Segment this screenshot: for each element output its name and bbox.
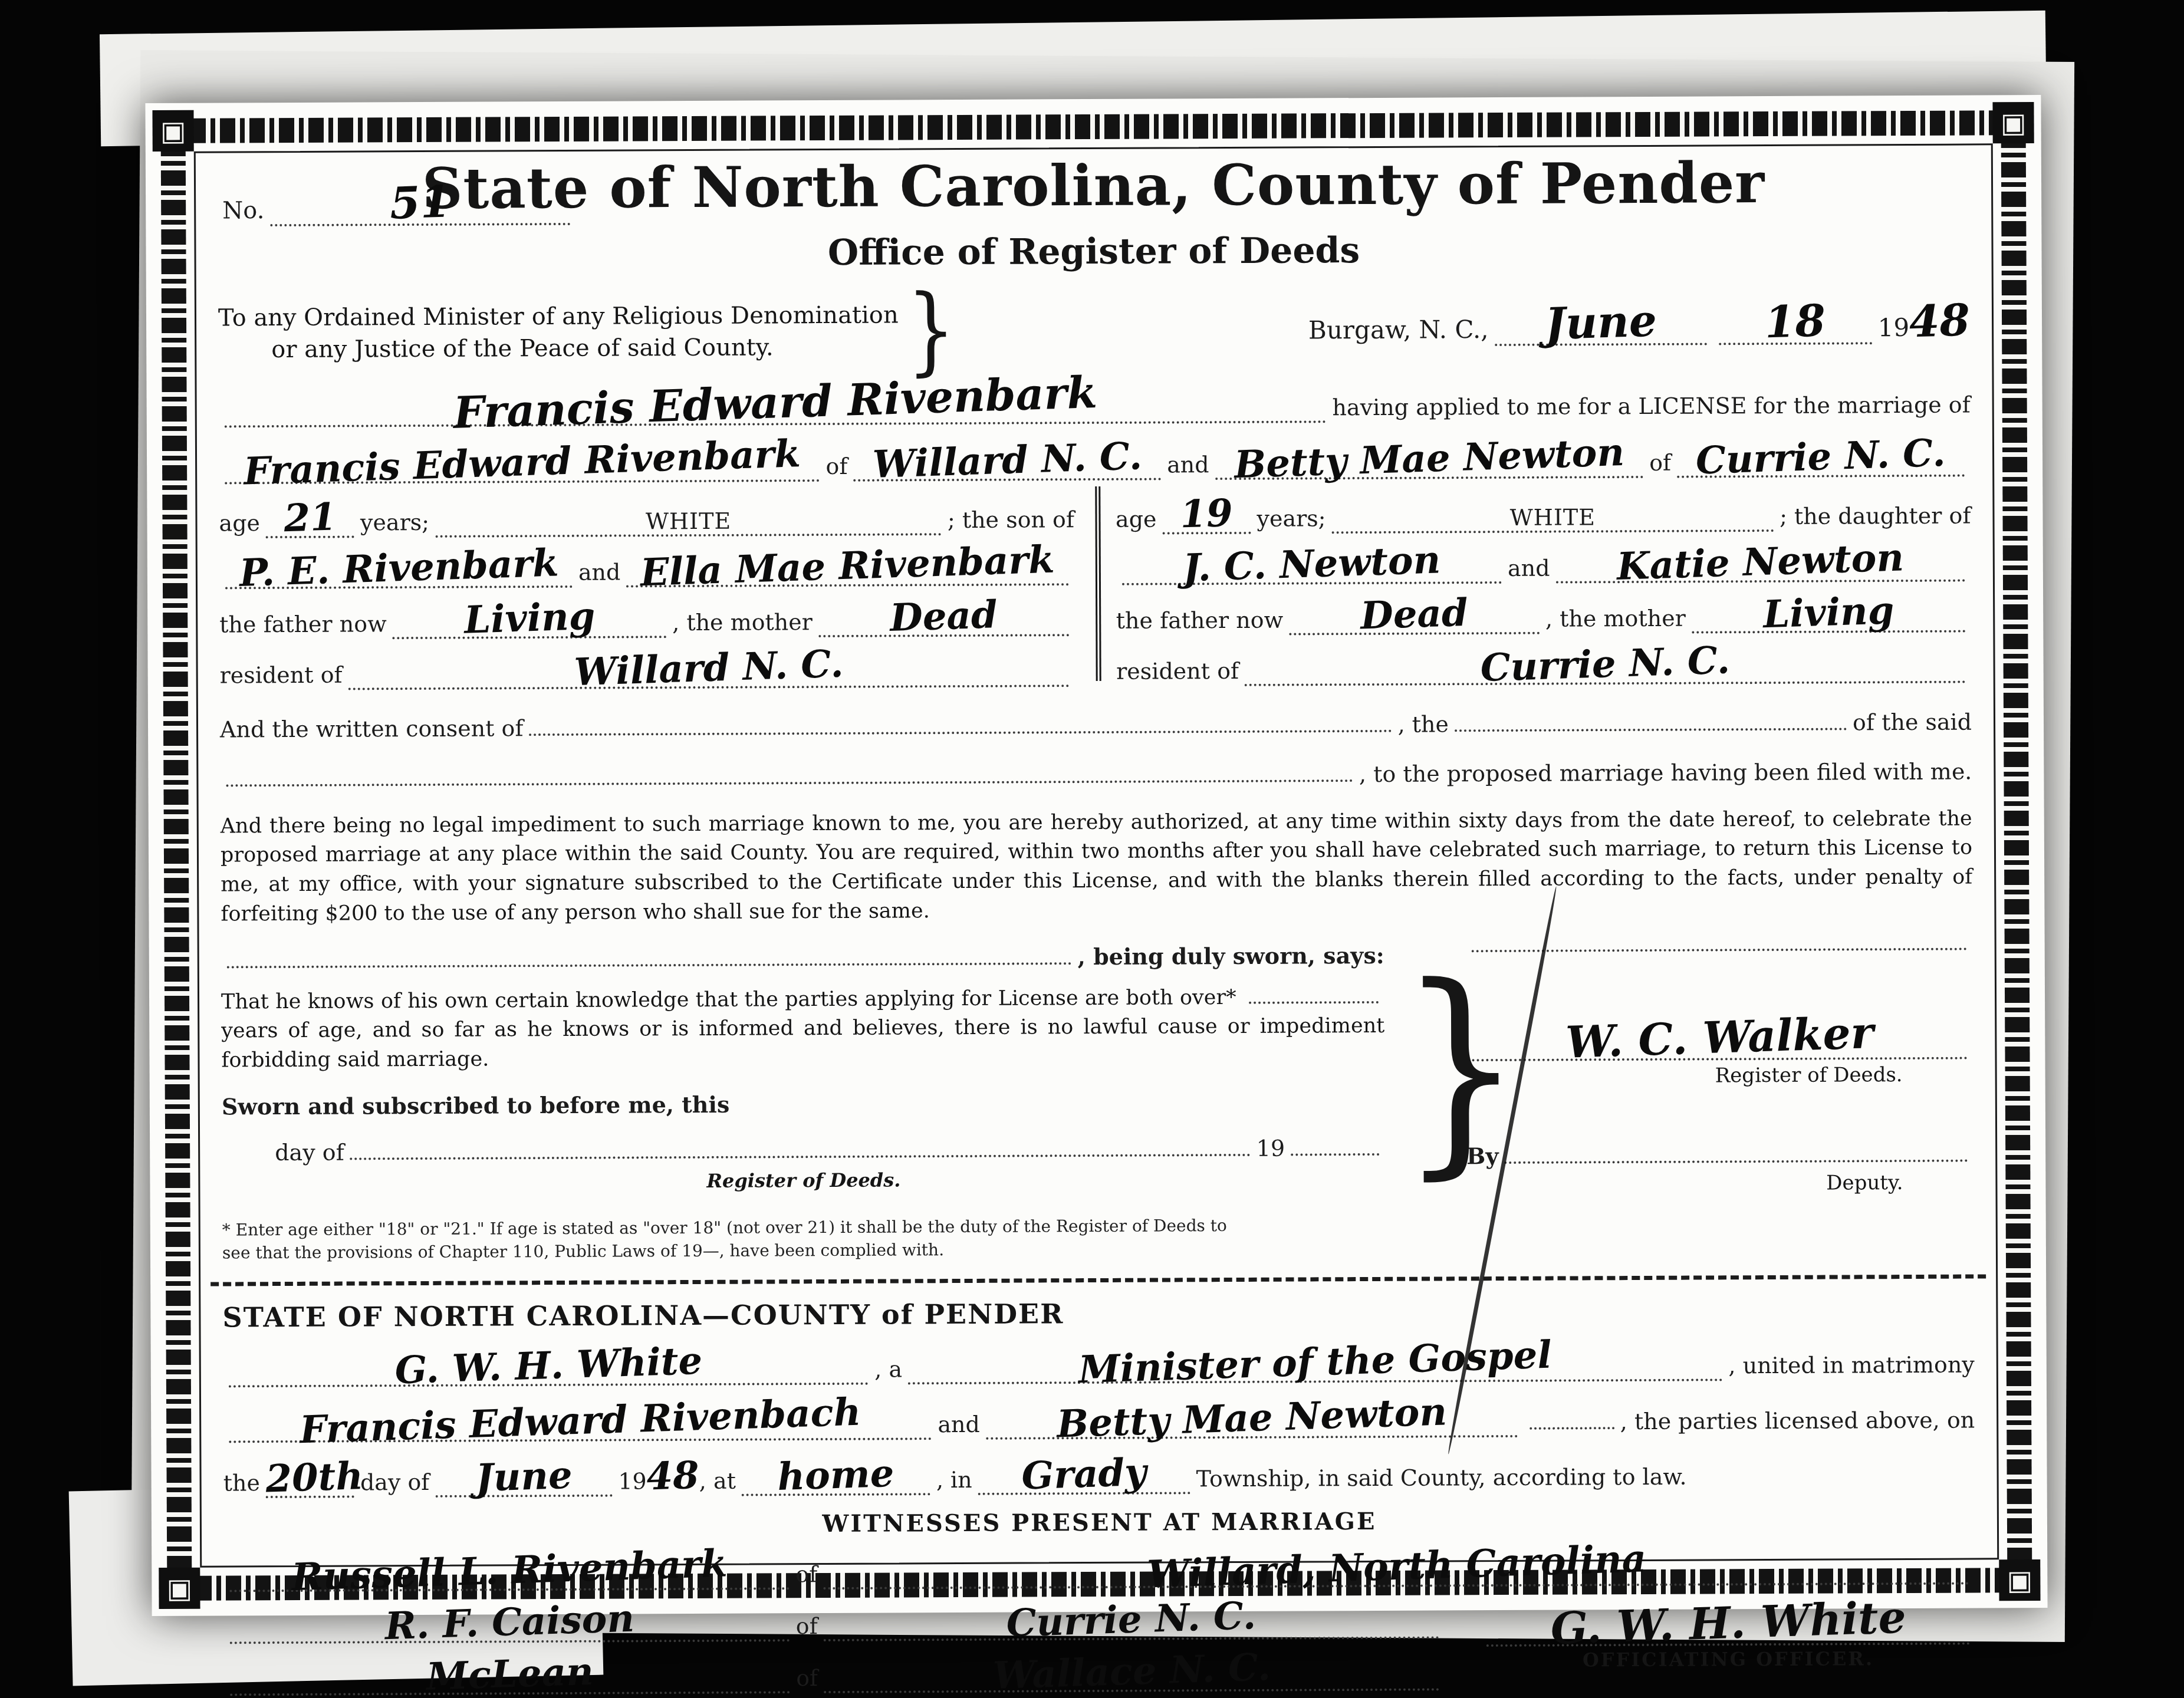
cert-blank-field [1530,1427,1614,1430]
consent-the-label: , the [1398,711,1449,737]
bride-column: age 19 years; WHITE ; the daughter of J.… [1116,480,1972,686]
deputy-label: Deputy. [1466,1170,1974,1196]
and-label: and [578,559,621,585]
age-label: age [219,510,260,536]
dateline: Burgaw, N. C., June 18 1948 [963,305,1970,348]
handwritten-marriage-day: 20th [265,1462,364,1493]
handwritten-witness-2-place: Currie N. C. [1006,1602,1257,1638]
handwritten-bride-name: Betty Mae Newton [1234,439,1624,479]
years-label: years; [1257,505,1325,532]
consent-name-field [529,730,1392,736]
border-top [161,110,2026,143]
dateline-day-field: 18 [1719,305,1872,345]
officiant-signature-field: G. W. H. White [1486,1606,1970,1647]
handwritten-witness-2-name: R. F. Caison [384,1604,635,1641]
in-label: , in [936,1467,972,1493]
affiant-field [227,962,1072,968]
consent-prefix: And the written consent of [220,715,524,742]
day-of-label: day of [360,1469,430,1496]
age-label: age [1116,506,1157,532]
sworn-date-row: day of 19 [222,1134,1385,1166]
consent-relation-field [1455,728,1847,732]
register-of-deeds-italic-label: Register of Deeds. [222,1166,1385,1194]
handwritten-marriage-year: 48 [646,1462,700,1492]
border-corner-ornament: ▣ [1992,102,2034,143]
handwritten-officiant-signature: G. W. H. White [1550,1601,1906,1646]
handwritten-groom-father: P. E. Rivenbark [239,549,559,587]
sworn-right-column: W. C. Walker Register of Deeds. By Deput… [1466,939,1974,1196]
border-corner-ornament: ▣ [152,110,193,152]
of-label: of [795,1561,817,1587]
bride-resident-row: resident of Currie N. C. [1116,649,1972,686]
of-label: of [1649,449,1671,475]
handwritten-year: 48 [1909,304,1971,339]
mother-label: , the mother [1545,605,1686,631]
dateline-year-prefix: 19 [1878,313,1910,342]
daughter-of-label: ; the daughter of [1780,502,1971,529]
sworn-month-field [350,1153,1251,1160]
scan-background: { "page": { "no_label": "No.", "no_value… [0,0,2184,1698]
handwritten-cert-bride: Betty Mae Newton [1056,1398,1447,1439]
sworn-before-row: Sworn and subscribed to before me, this [222,1088,1385,1120]
cert-bride-field: Betty Mae Newton [986,1403,1518,1440]
handwritten-day: 18 [1764,305,1826,340]
handwritten-bride-mother-status: Living [1762,597,1894,629]
resident-of-label: resident of [1116,658,1239,685]
handwritten-bride-father-status: Dead [1360,598,1469,630]
page-subtitle: Office of Register of Deeds [218,227,1969,276]
minister-name-field: G. W. H. White [229,1351,869,1388]
handwritten-bride-residence: Currie N. C. [1696,439,1946,476]
border-corner-ornament: ▣ [1999,1559,2040,1601]
handwritten-bride-father: J. C. Newton [1182,546,1441,583]
and-label: and [938,1411,980,1437]
register-of-deeds-label: Register of Deeds. [1466,1062,1974,1088]
handwritten-groom-name: Francis Edward Rivenbark [244,440,801,486]
dateline-month-field: June [1495,306,1707,346]
addressee-line-2: or any Justice of the Peace of said Coun… [218,331,899,366]
bride-name-field: Betty Mae Newton [1215,444,1643,480]
groom-race-field: WHITE [435,507,942,538]
certificate-content: No. 51 State of North Carolina, County o… [218,150,1975,1562]
bride-age-row: age 19 years; WHITE ; the daughter of [1116,496,1971,534]
groom-resident-row: resident of Willard N. C. [220,653,1075,690]
bride-race-field: WHITE [1331,504,1774,534]
handwritten-groom-mother-status: Dead [889,601,998,633]
sworn-brace: } [1399,968,1452,1170]
document-header: No. 51 State of North Carolina, County o… [218,153,1970,277]
minister-row: G. W. H. White , a Minister of the Gospe… [223,1345,1975,1387]
bride-parent-status-row: the father now Dead , the mother Living [1116,598,1972,636]
at-label: , at [699,1468,736,1494]
sworn-before-text: Sworn and subscribed to before me, this [222,1091,730,1120]
sworn-statement-line3: forbidding said marriage. [221,1047,489,1072]
register-signature-field: W. C. Walker [1472,1021,1967,1061]
bride-father-field: J. C. Newton [1121,549,1502,585]
witness-3-name-field: McLean [230,1659,790,1696]
handwritten-groom-resident: Willard N. C. [574,650,844,687]
township-field: Grady [978,1460,1190,1495]
witness-row: Russell L. Rivenbark of Willard, North C… [223,1550,1975,1592]
sworn-statement-line1: That he knows of his own certain knowled… [221,985,1236,1013]
border-corner-ornament: ▣ [159,1568,200,1609]
handwritten-license-number: 51 [389,186,451,221]
years-label: years; [360,509,429,536]
handwritten-bride-resident: Currie N. C. [1480,646,1731,683]
bride-parents-row: J. C. Newton and Katie Newton [1116,547,1971,585]
consent-blank-field [226,779,1353,787]
groom-age-row: age 21 years; WHITE ; the son of [219,501,1074,538]
resident-of-label: resident of [220,662,343,688]
witness-2-name-field: R. F. Caison [230,1607,790,1644]
united-label: , united in matrimony [1728,1351,1974,1378]
cert-groom-field: Francis Edward Rivenbach [229,1406,932,1443]
son-of-label: ; the son of [948,506,1074,533]
groom-age-field: 21 [266,504,354,538]
groom-race: WHITE [646,508,731,534]
witness-1-place-field: Willard, North Carolina [823,1550,1969,1589]
license-number-field: 51 [270,186,570,226]
a-label: , a [874,1356,902,1382]
marriage-day-field: 20th [266,1463,354,1498]
the-label: the [223,1470,260,1496]
parents-status-columns: age 21 years; WHITE ; the son of P. E. R… [219,480,1971,690]
border-right [2001,110,2032,1592]
handwritten-minister-title: Minister of the Gospel [1078,1341,1553,1384]
consent-row-1: And the written consent of , the of the … [220,709,1972,742]
sworn-left-column: , being duly sworn, says: That he knows … [221,942,1386,1202]
handwritten-witness-1-place: Willard, North Carolina [1146,1545,1646,1589]
witness-1-name-field: Russell L. Rivenbark [229,1555,790,1592]
handwritten-witness-1-name: Russell L. Rivenbark [291,1549,728,1592]
marriage-date-row: the 20th day of June 1948 , at home , in… [223,1456,1975,1498]
parties-row: Francis Edward Rivenbark of Willard N. C… [219,442,1971,484]
bride-father-status-field: Dead [1289,600,1540,635]
addressee-block: To any Ordained Minister of any Religiou… [218,299,899,366]
certificate-section-heading: STATE OF NORTH CAROLINA—COUNTY of PENDER [222,1294,1974,1333]
sworn-statement-line2: years of age, and so far as he knows or … [221,1014,1384,1043]
handwritten-groom-residence: Willard N. C. [872,442,1142,479]
groom-resident-field: Willard N. C. [348,653,1069,690]
groom-column: age 21 years; WHITE ; the son of P. E. R… [219,484,1075,690]
addressee-row: To any Ordained Minister of any Religiou… [218,294,1970,366]
dateline-place: Burgaw, N. C., [1308,315,1489,344]
bride-resident-field: Currie N. C. [1245,649,1966,686]
handwritten-minister-name: G. W. H. White [394,1347,703,1386]
handwritten-bride-mother: Katie Newton [1616,544,1904,581]
handwritten-marriage-place: home [777,1460,894,1492]
groom-residence-field: Willard N. C. [853,446,1161,481]
marriage-month-field: June [435,1462,612,1497]
consent-row-2: , to the proposed marriage having been f… [220,758,1972,792]
handwritten-cert-groom: Francis Edward Rivenbach [300,1398,861,1444]
sworn-section: , being duly sworn, says: That he knows … [221,939,1974,1202]
handwritten-witness-3-name: McLean [426,1658,594,1692]
bride-mother-status-field: Living [1692,598,1966,633]
and-label: and [1167,452,1209,478]
license-number-line: No. 51 [222,186,576,227]
handwritten-register-signature: W. C. Walker [1565,1016,1874,1059]
groom-mother-status-field: Dead [818,602,1069,637]
register-signature-row: W. C. Walker [1466,1021,1973,1061]
duly-sworn-row: , being duly sworn, says: [221,942,1384,973]
handwritten-groom-age: 21 [284,503,337,533]
sworn-year-field [1291,1153,1379,1156]
father-now-label: the father now [219,611,387,637]
officiant-block: G. W. H. White OFFICIATING OFFICER. [1481,1606,1976,1671]
handwritten-month: June [1544,305,1657,341]
groom-father-status-field: Living [393,604,667,639]
addressee-line-1: To any Ordained Minister of any Religiou… [218,299,899,334]
border-left [161,119,192,1601]
duly-sworn-label: , being duly sworn, says: [1078,942,1384,969]
groom-name-field: Francis Edward Rivenbark [225,447,820,484]
applicant-field: Francis Edward Rivenbark [225,384,1327,427]
age-threshold-field [1249,1001,1379,1003]
of-label: of [796,1665,818,1691]
section-divider [210,1274,1986,1286]
handwritten-groom-father-status: Living [463,602,596,634]
bride-race: WHITE [1510,504,1596,531]
minister-title-field: Minister of the Gospel [908,1347,1723,1384]
license-number-label: No. [222,197,264,224]
handwritten-bride-age: 19 [1180,499,1234,529]
mother-label: , the mother [672,609,813,636]
certificate-page: ▣ ▣ ▣ ▣ No. 51 State of North Carolina, … [145,95,2047,1616]
consent-filed-text: , to the proposed marriage having been f… [1359,758,1972,787]
witness-3-place-field: Wallace N. C. [824,1656,1439,1693]
witnesses-area: Russell L. Rivenbark of Willard, North C… [223,1550,1976,1696]
authorization-paragraph: And there being no legal impediment to s… [221,804,1973,929]
bride-residence-field: Currie N. C. [1677,442,1965,478]
footnote: * Enter age either "18" or "21." If age … [222,1210,1974,1264]
marriage-place-field: home [742,1461,930,1496]
year-19-label: 19 [618,1468,647,1494]
witnesses-heading: WITNESSES PRESENT AT MARRIAGE [223,1505,1975,1540]
married-parties-row: Francis Edward Rivenbach and Betty Mae N… [223,1401,1975,1443]
handwritten-applicant-name: Francis Edward Rivenbark [453,377,1098,430]
deputy-signature-field [1504,1159,1968,1163]
deputy-row: By [1466,1140,1974,1169]
witness-2-place-field: Currie N. C. [824,1604,1439,1641]
addressee-brace: } [906,291,955,368]
of-label: of [825,453,847,479]
handwritten-township: Grady [1021,1459,1147,1491]
year-19-label: 19 [1257,1135,1285,1161]
handwritten-witness-3-place: Wallace N. C. [992,1653,1271,1690]
groom-mother-field: Ella Mae Rivenbark [626,551,1068,587]
bride-mother-field: Katie Newton [1555,547,1965,583]
bride-age-field: 19 [1162,500,1251,535]
handwritten-marriage-month: June [475,1461,573,1492]
licensed-label: , the parties licensed above, on [1620,1407,1975,1434]
applicant-row: Francis Edward Rivenbark having applied … [219,381,1971,427]
groom-parent-status-row: the father now Living , the mother Dead [219,602,1075,640]
day-of-label: day of [275,1139,344,1166]
sworn-statement: That he knows of his own certain knowled… [221,982,1385,1075]
father-now-label: the father now [1116,607,1284,633]
handwritten-groom-mother: Ella Mae Rivenbark [640,545,1055,587]
groom-parents-row: P. E. Rivenbark and Ella Mae Rivenbark [219,551,1075,589]
groom-father-field: P. E. Rivenbark [225,554,573,590]
ornate-border: ▣ ▣ ▣ ▣ No. 51 State of North Carolina, … [161,110,2032,1601]
township-label: Township, in said County, according to l… [1196,1464,1687,1492]
consent-suffix: of the said [1853,709,1972,735]
of-label: of [796,1613,818,1639]
and-label: and [1508,555,1550,581]
applied-text: having applied to me for a LICENSE for t… [1332,391,1970,420]
